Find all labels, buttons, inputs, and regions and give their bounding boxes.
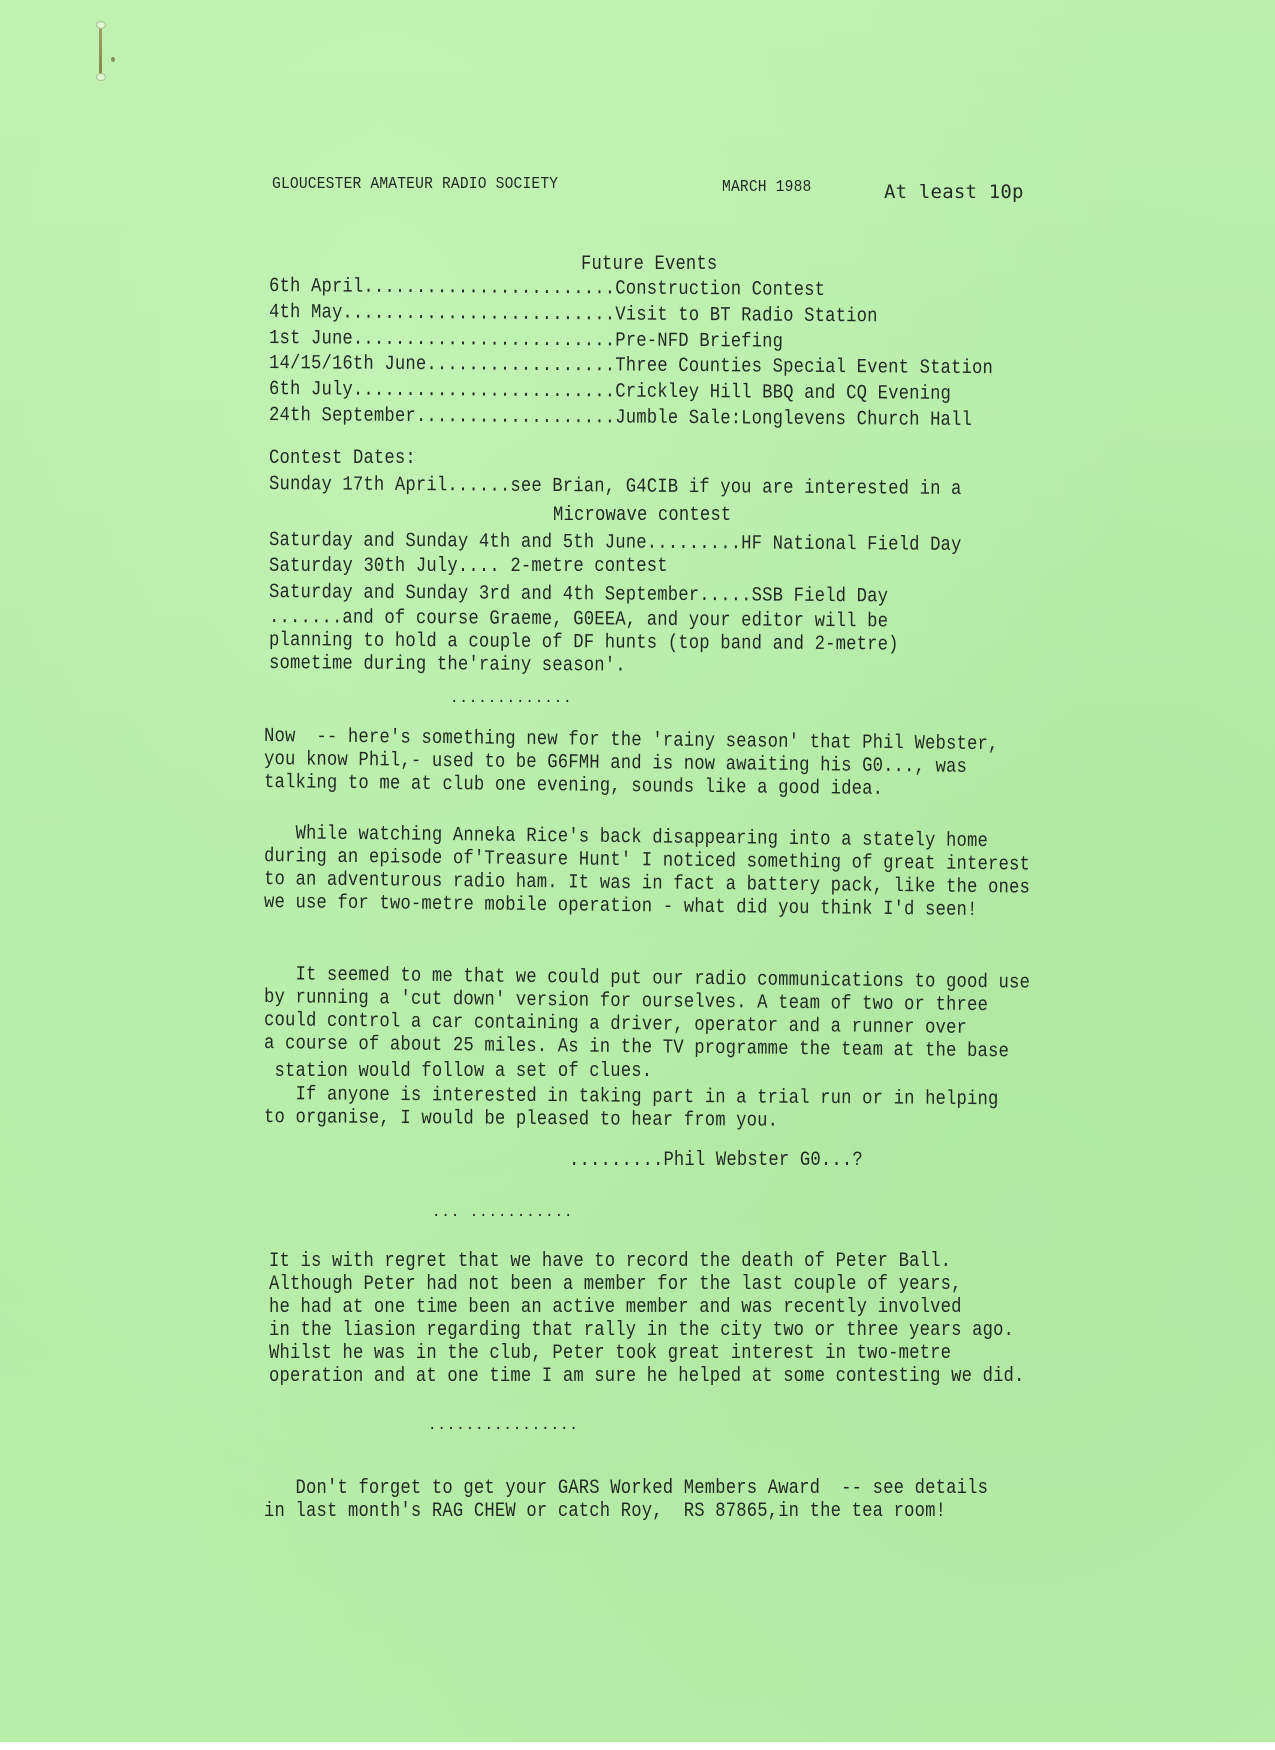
award-line: Don't forget to get your GARS Worked Mem… [264, 1478, 988, 1500]
staple-mark-icon [99, 25, 102, 75]
event-row: 4th May..........................Visit t… [269, 302, 878, 328]
contest-line: Microwave contest [553, 505, 731, 527]
article-line: station would follow a set of clues. [264, 1061, 652, 1083]
event-row: 1st June.........................Pre-NFD… [269, 328, 783, 354]
price: At least 10p [884, 181, 1024, 203]
event-row: 6th April........................Constru… [269, 276, 825, 302]
obituary-line: in the liasion regarding that rally in t… [269, 1320, 1014, 1342]
obituary-line: he had at one time been an active member… [269, 1297, 962, 1319]
future-events-title: Future Events [581, 254, 717, 276]
contest-line: sometime during the'rainy season'. [269, 653, 626, 678]
award-line: in last month's RAG CHEW or catch Roy, R… [264, 1501, 946, 1523]
issue-date: MARCH 1988 [722, 177, 811, 199]
section-separator: ............. [450, 690, 573, 706]
article-signature: .........Phil Webster G0...? [569, 1150, 863, 1172]
section-separator: ... ........... [432, 1204, 573, 1220]
obituary-line: operation and at one time I am sure he h… [269, 1366, 1025, 1388]
contest-line: Saturday 30th July.... 2-metre contest [269, 556, 668, 578]
obituary-line: Although Peter had not been a member for… [269, 1274, 962, 1296]
scan-border [0, 1742, 1275, 1750]
contest-dates-title: Contest Dates: [269, 448, 416, 470]
article-line: to organise, I would be pleased to hear … [264, 1107, 778, 1133]
staple-hole-icon [111, 57, 115, 62]
society-name: GLOUCESTER AMATEUR RADIO SOCIETY [272, 174, 558, 196]
obituary-line: Whilst he was in the club, Peter took gr… [269, 1343, 951, 1365]
contest-line: Saturday and Sunday 3rd and 4th Septembe… [269, 582, 888, 608]
section-separator: ................ [428, 1417, 579, 1433]
obituary-line: It is with regret that we have to record… [269, 1251, 951, 1273]
